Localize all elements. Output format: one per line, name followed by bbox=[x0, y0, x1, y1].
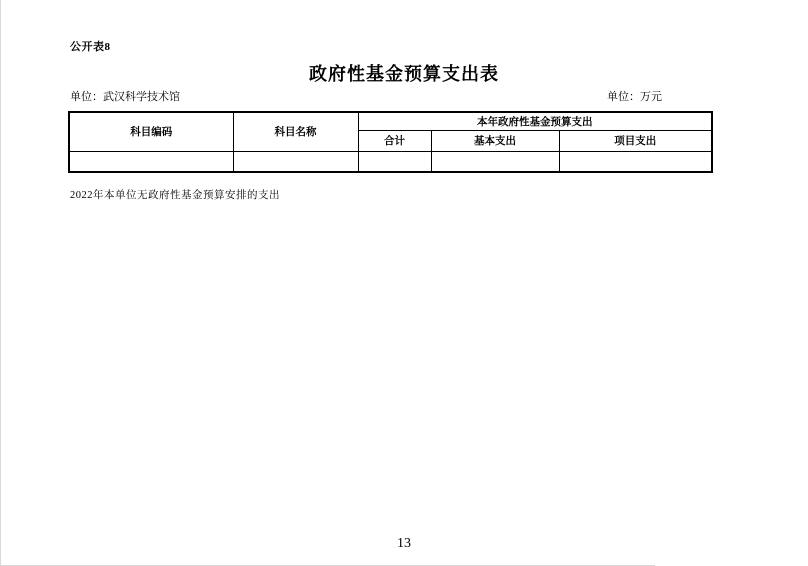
cell-total bbox=[358, 151, 431, 172]
unit-currency-label: 单位：万元 bbox=[607, 88, 662, 104]
page-number: 13 bbox=[0, 536, 808, 552]
unit-name-label: 单位：武汉科学技术馆 bbox=[70, 88, 180, 104]
column-header-total: 合计 bbox=[358, 130, 431, 151]
cell-project-expenditure bbox=[559, 151, 712, 172]
budget-table: 科目编码 科目名称 本年政府性基金预算支出 合计 基本支出 项目支出 bbox=[68, 111, 713, 173]
column-header-subject-name: 科目名称 bbox=[233, 112, 358, 151]
document-page: 公开表8 政府性基金预算支出表 单位：武汉科学技术馆 单位：万元 科目编码 科目… bbox=[0, 0, 808, 566]
cell-subject-name bbox=[233, 151, 358, 172]
cell-subject-code bbox=[69, 151, 233, 172]
column-header-subject-code: 科目编码 bbox=[69, 112, 233, 151]
table-label: 公开表8 bbox=[70, 38, 111, 54]
table-header-row-group: 科目编码 科目名称 本年政府性基金预算支出 bbox=[69, 112, 712, 130]
table-row bbox=[69, 151, 712, 172]
cell-basic-expenditure bbox=[431, 151, 559, 172]
note-text: 2022年本单位无政府性基金预算安排的支出 bbox=[70, 187, 280, 202]
column-header-project-expenditure: 项目支出 bbox=[559, 130, 712, 151]
page-title: 政府性基金预算支出表 bbox=[0, 60, 808, 86]
column-header-current-year-group: 本年政府性基金预算支出 bbox=[358, 112, 712, 130]
column-header-basic-expenditure: 基本支出 bbox=[431, 130, 559, 151]
